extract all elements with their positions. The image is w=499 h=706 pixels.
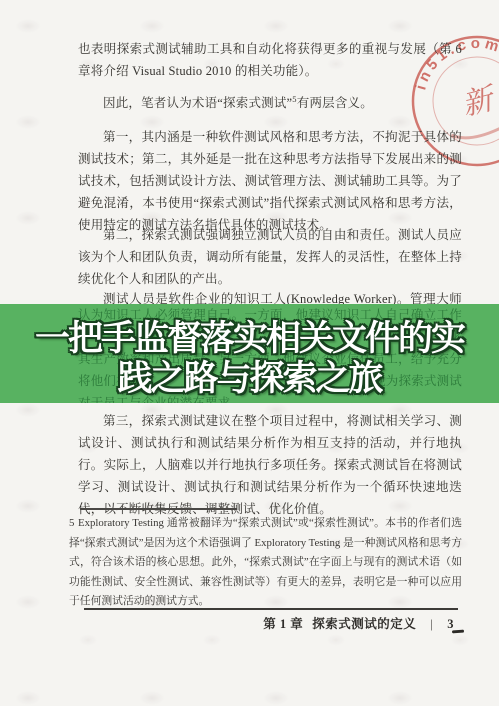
footer-page-number: 3 [447, 617, 454, 631]
footnote: 5Exploratory Testing 通常被翻译为“探索式测试”或“探索性测… [69, 514, 462, 612]
paragraph-third-meaning: 第三，探索式测试建议在整个项目过程中，将测试相关学习、测试设计、测试执行和测试结… [78, 410, 462, 520]
paragraph-continuation: 也表明探索式测试辅助工具和自动化将获得更多的重视与发展（第 6 章将介绍 Vis… [78, 38, 462, 82]
paragraph-first-meaning: 第一，其内涵是一种软件测试风格和思考方法，不拘泥于具体的测试技术；第二，其外延是… [78, 126, 462, 236]
footer-chapter: 第 1 章 [263, 617, 303, 631]
paragraph-text: 第一，其内涵是一种软件测试风格和思考方法，不拘泥于具体的测试技术；第二，其外延是… [78, 130, 462, 232]
paragraph-text: 第三，探索式测试建议在整个项目过程中，将测试相关学习、测试设计、测试执行和测试结… [78, 414, 462, 516]
footnote-marker: 5 [69, 514, 78, 534]
ink-speck [452, 630, 464, 634]
overlay-title-line2: 践之路与探索之旅 [0, 351, 499, 401]
paragraph-term-meaning: 因此，笔者认为术语“探索式测试”5有两层含义。 [78, 92, 462, 114]
spam-overlay-banner: 认为知识工人必须管理自己。一方面，他建议知识工人自己确立工作目标（根据 化 其生… [0, 304, 499, 403]
paragraph-second-meaning: 第二，探索式测试强调独立测试人员的自由和责任。测试人员应该为个人和团队负责，调动… [78, 224, 462, 290]
paragraph-text: 因此，笔者认为术语“探索式测试” [103, 96, 292, 110]
footnote-text: Exploratory Testing 通常被翻译为“探索式测试”或“探索性测试… [69, 517, 462, 607]
footnote-separator [80, 508, 237, 510]
paragraph-text: 有两层含义。 [297, 96, 373, 110]
book-page-scan: in51.com 新 也表明探索式测试辅助工具和自动化将获得更多的重视与发展（第… [0, 0, 499, 706]
footer-rule [84, 608, 458, 610]
footer-section-title: 探索式测试的定义 [312, 617, 416, 631]
stamp-center-character: 新 [459, 81, 499, 123]
footer-separator: | [430, 617, 433, 631]
paragraph-text: 也表明探索式测试辅助工具和自动化将获得更多的重视与发展（第 6 章将介绍 Vis… [78, 42, 462, 78]
page-footer: 第 1 章探索式测试的定义|3 [78, 614, 454, 632]
paragraph-text: 第二，探索式测试强调独立测试人员的自由和责任。测试人员应该为个人和团队负责，调动… [78, 228, 462, 286]
